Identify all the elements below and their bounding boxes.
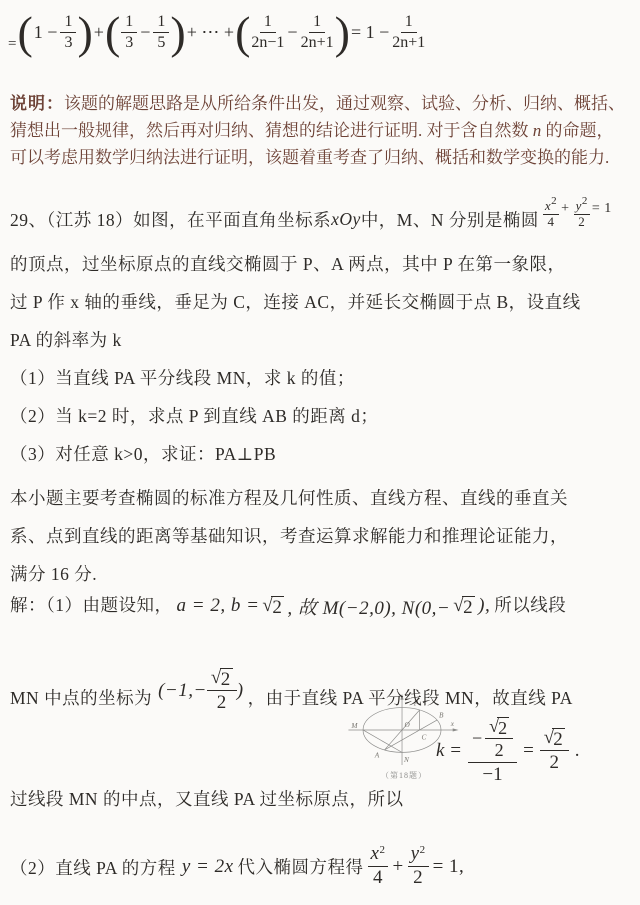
term-one-minus: 1 − (34, 22, 58, 43)
sqrt-2: √2 (211, 668, 233, 689)
denominator-minus1: −1 (482, 763, 502, 786)
minus-sign: − (140, 22, 150, 43)
equals-one-minus: = 1 − (351, 22, 389, 43)
right-paren: ) (170, 12, 185, 53)
fraction-1-3: 13 (121, 13, 137, 53)
right-paren: ) (77, 12, 92, 53)
fraction-1-2n+1: 12n+1 (301, 13, 334, 53)
problem-29-statement: 29、（江苏 18）如图，在平面直角坐标系 xOy 中，M、N 分别是椭圆 x2… (10, 194, 638, 472)
note-label: 说明： (10, 94, 64, 113)
left-paren: ( (17, 12, 32, 53)
solution-part2-line: （2）直线 PA 的方程 y = 2x 代入椭圆方程得 x24 + y22 = … (10, 818, 638, 892)
solution-math-ab: a = 2, b = √2 , 故 M(−2,0), N(0,− √2 ), (177, 593, 491, 620)
fraction-y2-2: y22 (574, 199, 590, 230)
subquestion-2: （2）当 k=2 时，求点 P 到直线 AB 的距离 d； (10, 396, 638, 434)
fraction-1-2n+1-result: 12n+1 (392, 13, 425, 53)
problem-line-3: 过 P 作 x 轴的垂线，垂足为 C，连接 AC，并延长交椭圆于点 B，设直线 (10, 282, 638, 320)
plus-sign: + (561, 201, 569, 217)
solution-label: 解：（1）由题设知， (10, 592, 173, 617)
fraction-x2-4: x24 (543, 199, 559, 230)
substitute-text: 代入椭圆方程得 (238, 854, 364, 879)
big-fraction: − √2 2 −1 (468, 716, 517, 786)
k-equals: k = (436, 740, 462, 762)
fraction-sqrt2-2: √2 2 (485, 716, 513, 761)
note-line3: 可以考虑用数学归纳法进行证明，该题着重考查了归纳、概括和数学变换的能力. (10, 148, 609, 167)
problem-line-2: 的顶点，过坐标原点的直线交椭圆于 P、A 两点，其中 P 在第一象限， (10, 244, 638, 282)
explanation-note: 说明：该题的解题思路是从所给条件出发，通过观察、试验、分析、归纳、概括、 猜想出… (10, 90, 634, 171)
note-line1: 该题的解题思路是从所给条件出发，通过观察、试验、分析、归纳、概括、 (64, 94, 625, 113)
commentary-line-2: 系、点到直线的距离等基础知识，考查运算求解能力和推理论证能力， (10, 516, 638, 554)
line-equation: y = 2x (182, 856, 234, 878)
telescoping-series-formula: = ( 1 − 13 ) + ( 13 − 15 ) + ⋯ + ( 12n−1… (8, 12, 425, 53)
midpoint-pre: MN 中点的坐标为 (10, 685, 152, 710)
plus-sign: + (392, 856, 403, 878)
fraction-1-2n-1: 12n−1 (251, 13, 284, 53)
plus-dots-plus: + ⋯ + (187, 22, 234, 43)
problem-head-mid: 中，M、N 分别是椭圆 (361, 207, 539, 232)
left-paren: ( (105, 12, 120, 53)
equals-one: = 1 (592, 201, 612, 217)
note-line2-pre: 猜想出一般规律，然后再对归纳、猜想的结论进行证明. 对于含自然数 (10, 121, 533, 140)
exam-commentary: 本小题主要考查椭圆的标准方程及几何性质、直线方程、直线的垂直关 系、点到直线的距… (10, 478, 638, 592)
label-M: M (350, 721, 358, 730)
commentary-line-3: 满分 16 分. (10, 554, 638, 592)
part2-label: （2）直线 PA 的方程 (10, 855, 176, 880)
fraction-x2-4: x24 (368, 843, 389, 890)
segment-MN (363, 730, 402, 752)
solution-part1-line: 解：（1）由题设知， a = 2, b = √2 , 故 M(−2,0), N(… (10, 592, 638, 620)
right-paren: ) (335, 12, 350, 53)
plus-sign: + (94, 22, 104, 43)
problem-line-1: 29、（江苏 18）如图，在平面直角坐标系 xOy 中，M、N 分别是椭圆 x2… (10, 194, 638, 244)
sqrt-2: √2 (453, 596, 475, 617)
solution-post: 所以线段 (494, 592, 566, 617)
equals-lead: = (8, 36, 16, 53)
fraction-y2-2: y22 (408, 843, 429, 890)
fraction-1-5: 15 (153, 13, 169, 53)
left-paren: ( (235, 12, 250, 53)
label-N: N (403, 755, 410, 764)
part2-math: y = 2x 代入椭圆方程得 x24 + y22 = 1, (182, 843, 465, 890)
note-line2-post: 的命题， (541, 121, 613, 140)
sqrt-2: √2 (262, 596, 284, 617)
variable-xOy: xOy (331, 209, 361, 230)
midpoint-line: MN 中点的坐标为 (−1,− √2 2 ) ，由于直线 PA 平分线段 MN，… (10, 632, 638, 710)
variable-n: n (533, 121, 542, 140)
fraction-1-3: 13 (60, 13, 76, 53)
close-paren: ) (237, 680, 244, 702)
line-ACB (384, 720, 437, 750)
label-O: O (404, 720, 410, 729)
midpoint-post: ，由于直线 PA 平分线段 MN，故直线 PA (248, 685, 573, 710)
midpoint-coordinates: (−1,− √2 2 ) (158, 667, 244, 714)
fraction-sqrt2-2: √2 2 (207, 667, 237, 714)
subquestion-1: （1）当直线 PA 平分线段 MN，求 k 的值； (10, 358, 638, 396)
minus-sign: − (472, 728, 482, 749)
problem-head: 29、（江苏 18）如图，在平面直角坐标系 (10, 207, 331, 232)
sqrt-2: √2 (489, 717, 509, 737)
period: . (575, 740, 580, 762)
label-A: A (374, 750, 380, 759)
fraction-sqrt2-2-result: √2 2 (540, 727, 569, 774)
open-paren-minus1: (−1,− (158, 680, 207, 702)
slope-conclusion-text: 过线段 MN 的中点，又直线 PA 过坐标原点，所以 (10, 786, 404, 811)
sqrt-2: √2 (544, 728, 565, 749)
equals-one: = 1, (433, 856, 465, 878)
label-C: C (422, 733, 427, 742)
equals-sign: = (523, 740, 534, 762)
minus-sign: − (287, 22, 297, 43)
commentary-line-1: 本小题主要考查椭圆的标准方程及几何性质、直线方程、直线的垂直关 (10, 478, 638, 516)
subquestion-3: （3）对任意 k>0，求证：PA⊥PB (10, 434, 638, 472)
slope-k-formula: k = − √2 2 −1 = √2 2 . (436, 716, 579, 786)
document-page: = ( 1 − 13 ) + ( 13 − 15 ) + ⋯ + ( 12n−1… (0, 0, 640, 905)
problem-line-4: PA 的斜率为 k (10, 320, 638, 358)
